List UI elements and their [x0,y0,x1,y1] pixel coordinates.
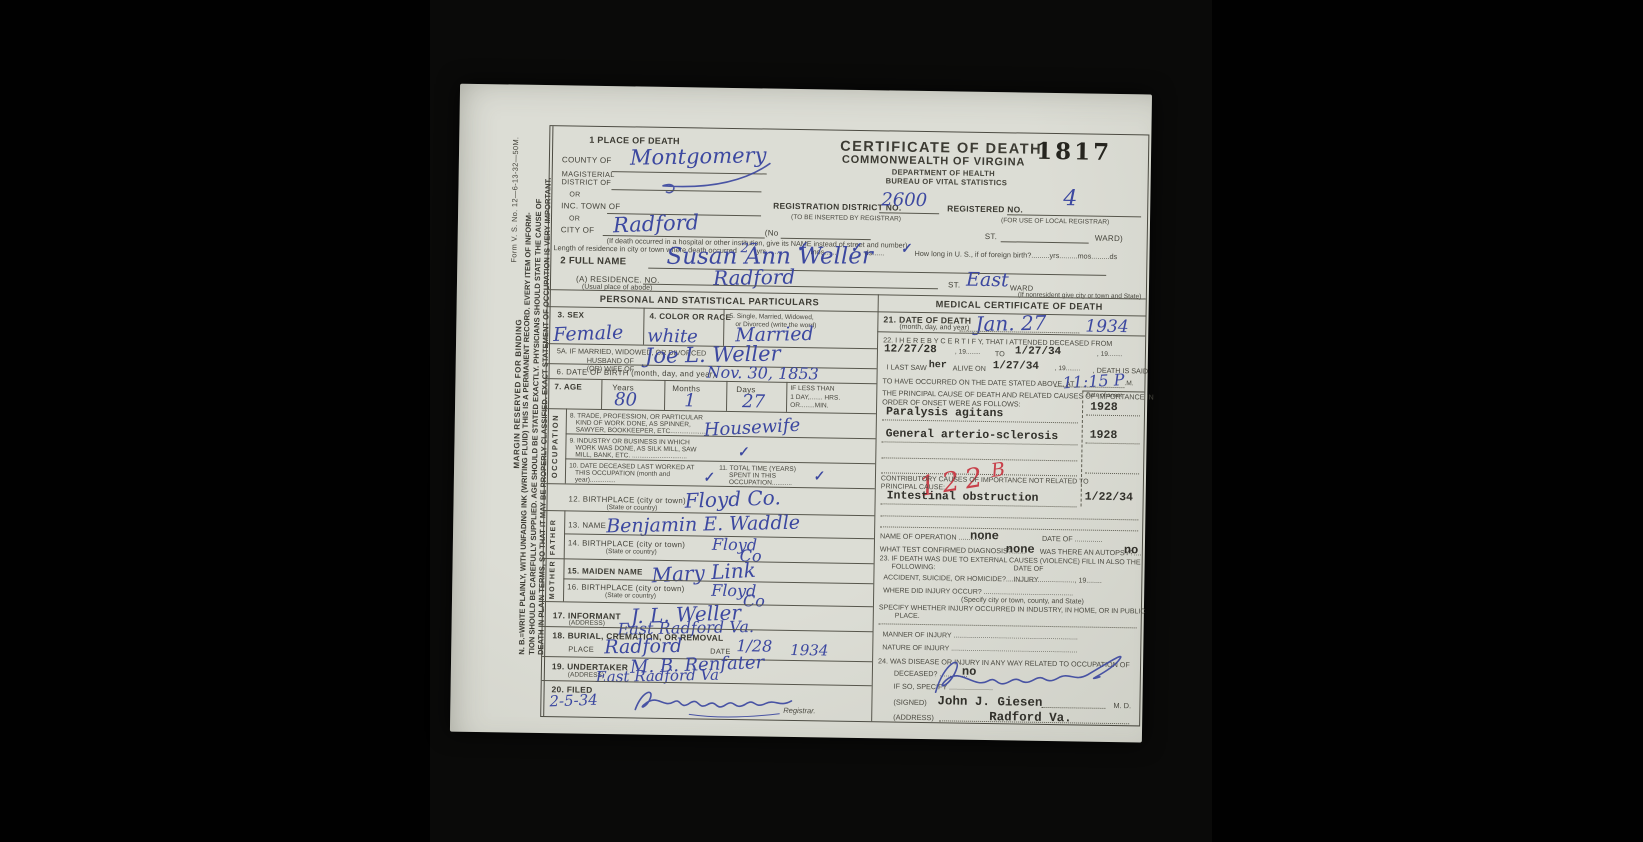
signed-label: (SIGNED) [893,698,926,708]
cause1-value: Paralysis agitans [886,405,1004,420]
alive-on-label: ALIVE ON [953,363,986,373]
residence-check-3: ✓ [900,241,913,257]
district-of-label: DISTRICT OF [562,177,612,187]
burial-year-value: 1934 [790,641,828,660]
where-injury-label: WHERE DID INJURY OCCUR? ................… [883,587,1073,597]
age-months-value: 1 [684,390,696,411]
m-label: .M. [1124,380,1133,387]
test-label: WHAT TEST CONFIRMED DIAGNOSIS?....... [880,544,1026,555]
md-label: M. D. [1113,701,1131,710]
st-label-2: ST. [948,280,961,289]
place-label: PLACE [568,644,594,653]
dob-label: 6. DATE OF BIRTH (month, day, and year) [557,367,716,378]
item9-check: ✓ [736,445,749,461]
scanned-death-certificate: Form V. S. No. 12—6-13-32—50M. MARGIN RE… [0,0,1643,842]
item10-check: ✓ [702,470,715,486]
yr19-2: , 19........ [1097,351,1123,358]
age-years-value: 80 [614,389,637,410]
color-race-label: 4. COLOR OR RACE [649,312,731,322]
serial-number: 1817 [1036,138,1112,166]
operation-value: none [970,529,999,543]
foreign-birth-label: How long in U. S., if of foreign birth?.… [914,249,1117,261]
cause1-date-value: 1928 [1090,401,1118,414]
mother-bp-value-2: Co [743,591,765,610]
her-value: her [929,360,947,371]
registrar-signature [629,683,805,720]
county-label: COUNTY OF [562,155,612,165]
filed-date-value: 2-5-34 [549,691,598,711]
registered-no-value: 4 [1063,186,1077,211]
specify-city-note: (Specify city or town, county, and State… [961,597,1084,606]
reg-district-value: 2600 [881,189,927,211]
item13-label: 13. NAME [568,520,606,530]
onset-box-label: Date of onset [1086,393,1122,400]
city-value: Radford [613,210,700,237]
attended-to-value: 1/27/34 [1015,345,1061,358]
age-label: 7. AGE [554,382,582,391]
bureau-line: BUREAU OF VITAL STATISTICS [886,176,1008,187]
father-side-label: FATHER [550,519,558,556]
note-inserted-by-registrar: (TO BE INSERTED BY REGISTRAR) [791,214,901,223]
city-of-label: CITY OF [561,225,595,235]
yr19-1: , 19........ [955,348,981,355]
registrar-caption: Registrar. [783,706,815,716]
mother-side-label: MOTHER [549,560,557,599]
age-days-value: 27 [742,391,765,412]
yr19-3: , 19........ [1055,365,1081,372]
st-label-header: ST. [985,232,998,241]
if-less-label-1: IF LESS THAN [790,385,834,393]
physician-name-value: John J. Giesen [937,694,1042,710]
specify-label-2: PLACE. [895,613,920,620]
birthplace-value: Floyd Co. [684,485,781,513]
commonwealth-subtitle: COMMONWEALTH OF VIRGINA [842,154,1025,169]
inc-town-label: INC. TOWN OF [561,201,620,211]
item14-state-note: (State or country) [606,548,657,556]
address-label: (ADDRESS) [893,713,934,723]
marital-label-1: 5. Single, Married, Widowed, [729,313,813,321]
certificate-form: 1 PLACE OF DEATH COUNTY OF Montgomery MA… [540,125,1149,726]
contributory-date-value: 1/22/34 [1085,491,1134,505]
item23-label-2: FOLLOWING: [892,564,936,572]
right-column-title: MEDICAL CERTIFICATE OF DEATH [936,299,1103,312]
injury-label: INJURY..................., 19........ [1013,576,1102,584]
cause2-value: General arterio-sclerosis [886,427,1059,443]
occurred-label: TO HAVE OCCURRED ON THE DATE STATED ABOV… [882,376,1074,388]
attended-from-value: 12/27/28 [884,343,937,356]
no-paren-label: (No [765,228,779,237]
sex-label: 3. SEX [557,310,584,319]
ward-paren-label: WARD) [1095,234,1123,243]
date-of-injury-label-top: DATE OF [1013,565,1043,572]
occupation-side-label: OCCUPATION [550,414,560,478]
last-saw-label: I LAST SAW [887,362,927,372]
if-less-label-3: OR........MIN. [790,402,829,410]
item2-full-name-label: 2 FULL NAME [560,255,626,267]
note-local-registrar: (FOR USE OF LOCAL REGISTRAR) [1001,217,1109,226]
or-label-1: OR [569,191,580,198]
test-value: none [1006,542,1035,556]
or-label-2: OR [569,215,580,222]
margin-form-number: Form V. S. No. 12—6-13-32—50M. [509,137,520,263]
cause2-date-value: 1928 [1090,429,1118,442]
last-saw-date-value: 1/27/34 [993,360,1039,373]
to-label: TO [995,349,1005,358]
item11-check: ✓ [812,469,825,485]
time-of-death-value: 11:15 P [1062,370,1125,392]
operation-date-label: DATE OF .............. [1042,534,1103,544]
autopsy-value: no [1124,543,1139,557]
if-less-label-2: 1 DAY,....... HRS. [790,394,840,402]
registered-no-label: REGISTERED NO. [947,203,1023,214]
item16-state-note: (State or country) [605,592,656,600]
certificate-paper: Form V. S. No. 12—6-13-32—50M. MARGIN RE… [450,84,1152,743]
st-value: East [966,269,1009,292]
contributory-value: Intestinal obstruction [887,489,1039,504]
sex-value: Female [553,321,624,346]
item15-label: 15. MAIDEN NAME [567,566,642,576]
left-column-title: PERSONAL AND STATISTICAL PARTICULARS [600,294,820,307]
